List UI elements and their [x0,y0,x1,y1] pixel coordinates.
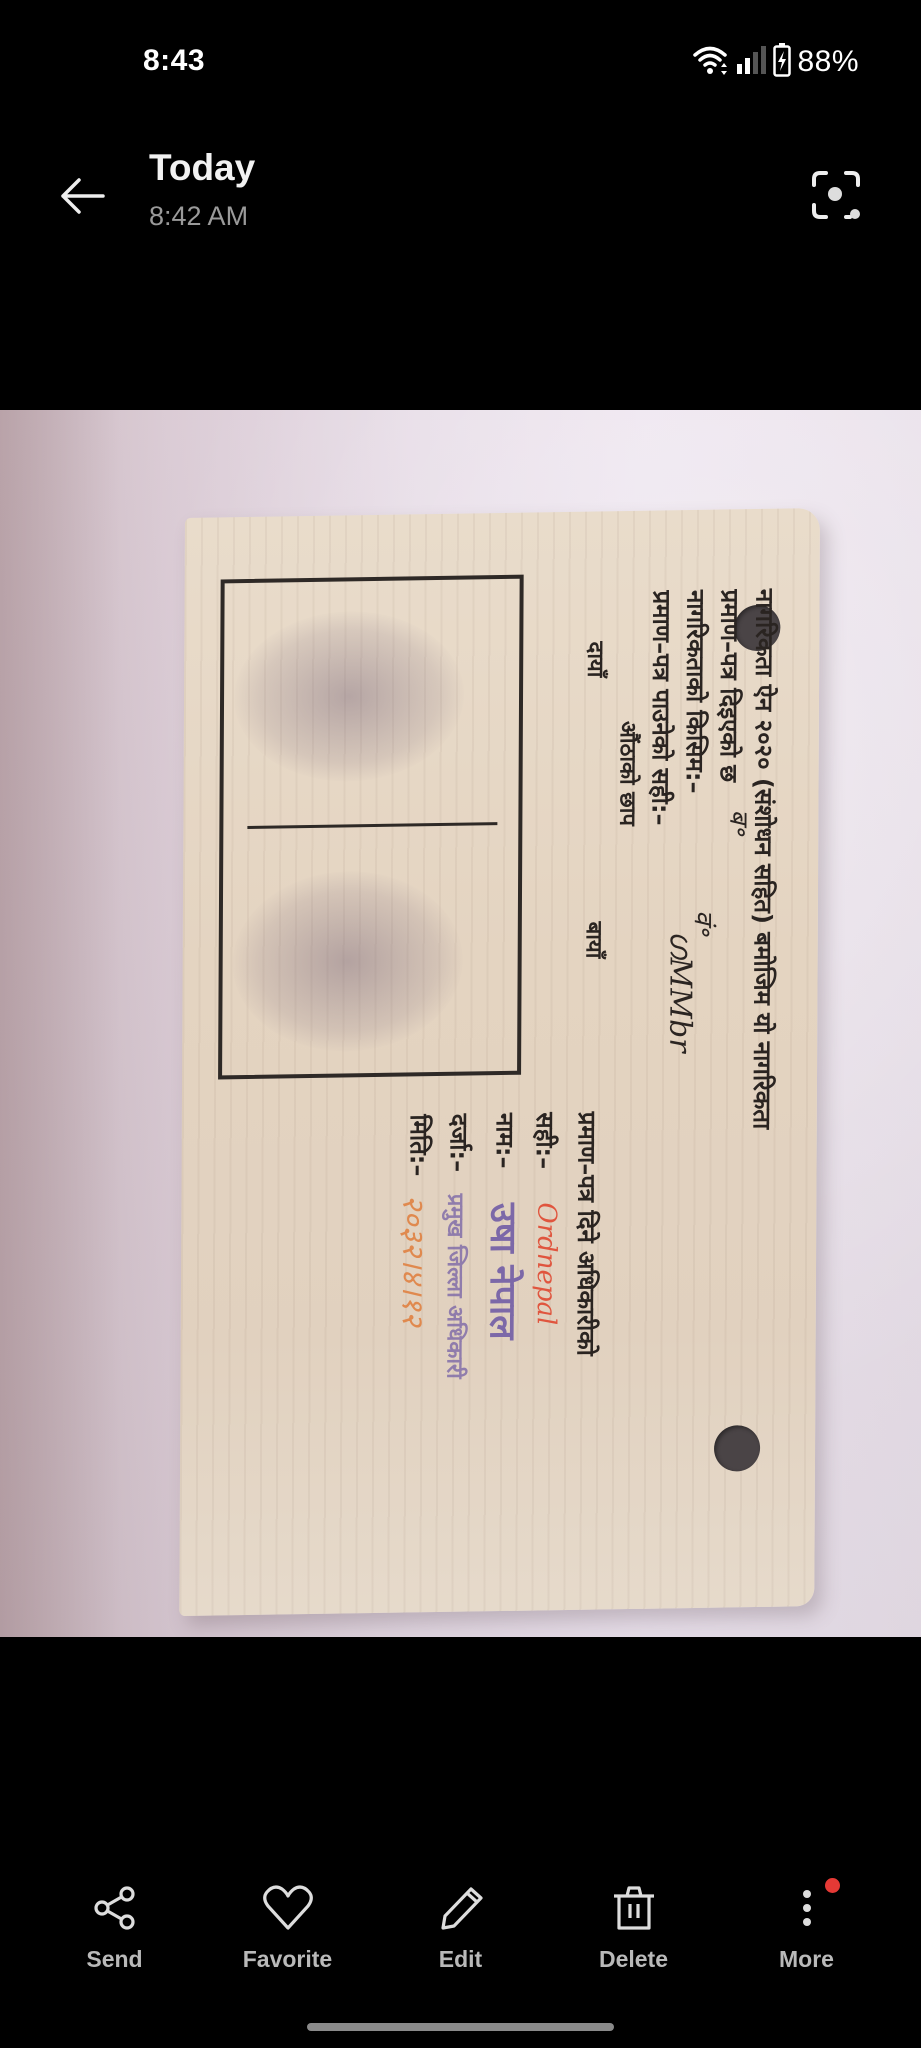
card-line-4: प्रमाण–पत्र पाउनेको सही:– [645,590,676,825]
scan-lens-icon [810,169,862,221]
right-thumbprint [234,610,465,784]
more-button[interactable]: More [732,1880,882,1990]
delete-label: Delete [599,1946,668,1973]
page-title: Today [149,146,255,190]
edit-button[interactable]: Edit [386,1880,536,1990]
signature-label: सही:– [530,1112,560,1169]
battery-percent: 88% [797,45,859,79]
photo-time: 8:42 AM [149,196,255,236]
back-button[interactable] [50,164,114,228]
card-line-2: प्रमाण–पत्र दिइएको छ [714,589,745,782]
designation-label: दर्जा:– [444,1113,474,1172]
viewer-header: Today 8:42 AM [0,140,921,260]
arrow-left-icon [57,176,107,216]
handwritten-citizenship-type: ब॰ [722,809,758,836]
pencil-icon [437,1884,485,1932]
photo-actions-toolbar: Send Favorite Edit Delete [0,1880,921,1990]
send-button[interactable]: Send [40,1880,190,1990]
thumbprint-caption: औंठाको छाप [611,721,642,826]
send-label: Send [86,1946,142,1973]
favorite-label: Favorite [243,1946,332,1973]
home-indicator[interactable] [307,2023,614,2031]
status-icons: 88% [693,44,859,80]
date-label: मिति:– [404,1114,434,1177]
left-label: बायाँ [578,921,608,958]
favorite-button[interactable]: Favorite [213,1880,363,1990]
share-icon [91,1884,139,1932]
visual-search-button[interactable] [801,160,871,230]
more-vertical-icon [797,1884,817,1932]
citizenship-certificate-card: नागरिकता ऐन २०२० (संशोधन सहित) बमोजिम यो… [179,508,820,1616]
card-line-1: नागरिकता ऐन २०२० (संशोधन सहित) बमोजिम यो… [747,589,780,1130]
issue-date: २०३२।४।१२ [394,1194,436,1327]
title-block: Today 8:42 AM [149,146,255,236]
status-time: 8:43 [143,44,205,78]
issuer-name-stamp: उषा नेपाल [480,1203,530,1340]
edit-label: Edit [439,1946,482,1973]
more-label: More [779,1946,834,1973]
signal-icon [735,45,767,80]
card-line-3: नागरिकताको किसिम:– [680,590,711,794]
punch-hole [714,1425,760,1472]
designation-stamp: प्रमुख जिल्ला अधिकारी [440,1194,471,1379]
left-thumbprint [232,870,463,1054]
photo-viewer[interactable]: नागरिकता ऐन २०२० (संशोधन सहित) बमोजिम यो… [0,410,921,1637]
heart-icon [262,1884,314,1932]
wifi-icon [693,44,729,81]
thumbprint-divider [247,822,497,829]
delete-button[interactable]: Delete [559,1880,709,1990]
battery-charging-icon [773,43,791,82]
right-label: दायाँ [579,641,609,677]
trash-icon [611,1884,657,1932]
issuer-heading: प्रमाण–पत्र दिने अधिकारीको [571,1111,602,1356]
paper-fold-shadow [0,410,120,1637]
holder-signature: ഗMMbr [662,930,698,1053]
status-bar: 8:43 88% [0,0,921,110]
notification-badge [825,1878,840,1893]
issuer-signature: Ordnepal [531,1202,562,1325]
thumbprint-box [218,575,524,1080]
name-label: नाम:– [490,1113,520,1169]
